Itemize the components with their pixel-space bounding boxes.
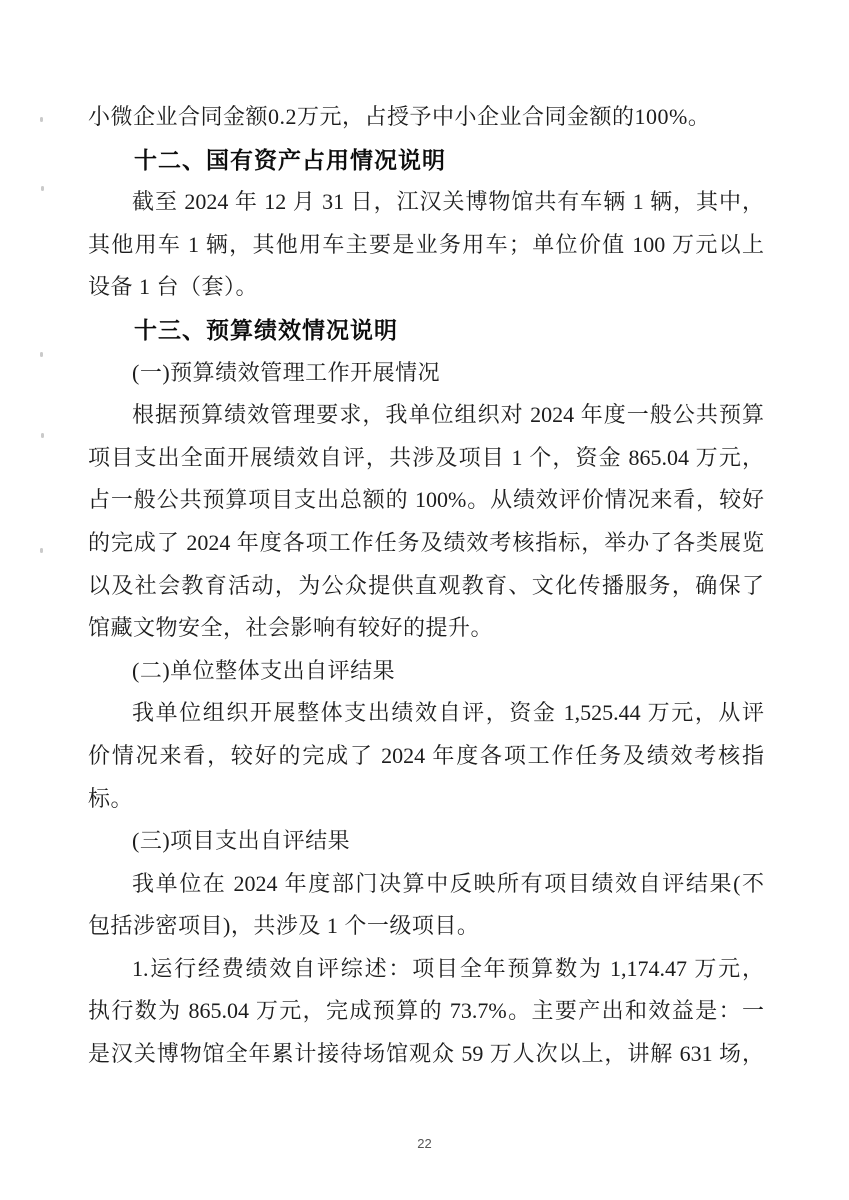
page-number: 22 <box>0 1136 849 1151</box>
scan-speck <box>41 433 44 438</box>
text-line: 是汉关博物馆全年累计接待场馆观众 59 万人次以上，讲解 631 场， <box>88 1033 764 1076</box>
subsection-heading-1: (一)预算绩效管理工作开展情况 <box>88 352 764 395</box>
text-line: 其他用车 1 辆，其他用车主要是业务用车；单位价值 100 万元以上 <box>88 224 764 267</box>
section-heading-12: 十二、国有资产占用情况说明 <box>88 139 764 182</box>
subsection-heading-2: (二)单位整体支出自评结果 <box>88 650 764 693</box>
section-heading-13: 十三、预算绩效情况说明 <box>88 309 764 352</box>
text-line: 的完成了 2024 年度各项工作任务及绩效考核指标，举办了各类展览 <box>88 522 764 565</box>
text-line: 根据预算绩效管理要求，我单位组织对 2024 年度一般公共预算 <box>88 394 764 437</box>
scan-speck <box>40 548 43 553</box>
scan-speck <box>40 117 43 122</box>
document-body: 小微企业合同金额0.2万元，占授予中小企业合同金额的100%。 十二、国有资产占… <box>88 96 764 1076</box>
text-line: 设备 1 台（套）。 <box>88 266 764 309</box>
text-line: 价情况来看，较好的完成了 2024 年度各项工作任务及绩效考核指 <box>88 735 764 778</box>
text-line: 包括涉密项目)，共涉及 1 个一级项目。 <box>88 905 764 948</box>
text-line: 我单位组织开展整体支出绩效自评，资金 1,525.44 万元，从评 <box>88 692 764 735</box>
document-page: 小微企业合同金额0.2万元，占授予中小企业合同金额的100%。 十二、国有资产占… <box>0 0 849 1200</box>
text-line: 占一般公共预算项目支出总额的 100%。从绩效评价情况来看，较好 <box>88 479 764 522</box>
text-line: 以及社会教育活动，为公众提供直观教育、文化传播服务，确保了 <box>88 565 764 608</box>
text-line: 1.运行经费绩效自评综述：项目全年预算数为 1,174.47 万元， <box>88 948 764 991</box>
text-line: 标。 <box>88 778 764 821</box>
text-line: 馆藏文物安全，社会影响有较好的提升。 <box>88 607 764 650</box>
text-line: 执行数为 865.04 万元，完成预算的 73.7%。主要产出和效益是：一 <box>88 990 764 1033</box>
text-line: 我单位在 2024 年度部门决算中反映所有项目绩效自评结果(不 <box>88 863 764 906</box>
scan-speck <box>41 186 44 191</box>
scan-speck <box>40 352 43 357</box>
text-line: 小微企业合同金额0.2万元，占授予中小企业合同金额的100%。 <box>88 96 764 139</box>
text-line: 项目支出全面开展绩效自评，共涉及项目 1 个，资金 865.04 万元， <box>88 437 764 480</box>
subsection-heading-3: (三)项目支出自评结果 <box>88 820 764 863</box>
text-line: 截至 2024 年 12 月 31 日，江汉关博物馆共有车辆 1 辆，其中， <box>88 181 764 224</box>
